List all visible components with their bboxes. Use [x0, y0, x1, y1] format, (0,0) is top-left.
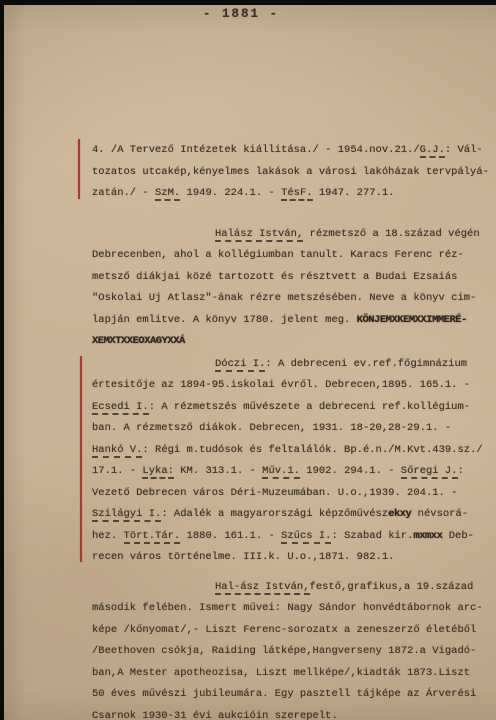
text-line: ban,A Mester apotheozisa, Liszt mellképe… — [92, 663, 494, 685]
underlined-text: Dóczi I. — [215, 358, 265, 372]
paragraph: 4. /A Tervező Intézetek kiállitása./ - 1… — [92, 140, 494, 205]
underlined-text: Hal-ász István, — [215, 581, 310, 595]
text-segment: 1947. 277.1. — [313, 187, 395, 199]
text-segment: 50 éves művészi jubileumára. Egy pasztel… — [92, 688, 476, 700]
scanned-document-page: - 1881 - 4. /A Tervező Intézetek kiállit… — [0, 0, 496, 720]
text-segment: "Oskolai Uj Atlasz"-ának rézre metszéséb… — [92, 292, 476, 304]
text-segment: Deb- — [442, 530, 474, 542]
underlined-text: G.J. — [420, 144, 445, 158]
text-line: Hal-ász István,festő,grafikus,a 19.száza… — [92, 577, 494, 599]
red-margin-mark-2 — [80, 356, 82, 562]
text-segment: : A rézmetszés művészete a debreceni ref… — [149, 401, 470, 413]
text-segment: : Adalék a magyarországi képzőművész — [161, 508, 388, 520]
text-line: lapján emlitve. A könyv 1780. jelent meg… — [92, 310, 494, 332]
typewritten-text-block: 4. /A Tervező Intézetek kiállitása./ - 1… — [92, 140, 494, 720]
underlined-text: Sőregi J. — [401, 465, 458, 479]
underlined-text: Lyka: — [142, 465, 174, 479]
text-line: metsző diákjai közé tartozott és résztve… — [92, 267, 494, 289]
text-line: XEMXTXXEOXAGYXXÁ — [92, 331, 494, 353]
underlined-text: Szilágyi I. — [92, 508, 161, 522]
text-line: tozatos utcakép,kényelmes lakások a váro… — [92, 162, 494, 184]
underlined-text: TésF. — [281, 187, 313, 201]
underlined-text: Hankó V. — [92, 444, 142, 458]
text-segment: 1902. 294.1. - — [300, 465, 401, 477]
text-segment: zatán./ - — [92, 187, 155, 199]
text-segment: 17.1. - — [92, 465, 142, 477]
text-segment: KM. 313.1. - — [174, 465, 262, 477]
struck-out-text: XEMXTXXEOXAGYXXÁ — [92, 335, 185, 347]
text-segment: lapján emlitve. A könyv 1780. jelent meg… — [92, 314, 357, 326]
text-line: képe /kőnyomat/,- Liszt Ferenc-sorozatx … — [92, 620, 494, 642]
text-segment: recen város történelme. III.k. U.o.,1871… — [92, 551, 394, 563]
text-line: zatán./ - SzM. 1949. 224.1. - TésF. 1947… — [92, 183, 494, 205]
underlined-text: SzM. — [155, 187, 180, 201]
text-line: értesitője az 1894-95.iskolai évről. Deb… — [92, 375, 494, 397]
text-line: "Oskolai Uj Atlasz"-ának rézre metszéséb… — [92, 288, 494, 310]
text-segment: metsző diákjai közé tartozott és résztve… — [92, 271, 457, 283]
text-line: 17.1. - Lyka: KM. 313.1. - Műv.1. 1902. … — [92, 461, 494, 483]
text-segment: tozatos utcakép,kényelmes lakások a váro… — [92, 166, 489, 178]
text-line: ban. A rézmetsző diákok. Debrecen, 1931.… — [92, 418, 494, 440]
text-line: Csarnok 1930-31 évi aukcióin szerepelt. — [92, 706, 494, 720]
underlined-text: Ecsedi I. — [92, 401, 149, 415]
underlined-text: Tört.Tár. — [124, 530, 181, 544]
underlined-text: Halász István, — [215, 228, 303, 242]
text-segment: 1880. 161.1. - — [180, 530, 281, 542]
text-segment: /Beethoven csókja, Raiding látképe,Hangv… — [92, 645, 476, 657]
paragraph: Halász István, rézmetsző a 18.század vég… — [92, 224, 494, 353]
text-segment: : — [458, 465, 464, 477]
text-line: Halász István, rézmetsző a 18.század vég… — [92, 224, 494, 246]
text-segment: festő,grafikus,a 19.század — [310, 581, 474, 593]
underlined-text: Szűcs I. — [281, 530, 331, 544]
text-segment: 4. /A Tervező Intézetek kiállitása./ - 1… — [92, 144, 420, 156]
text-segment: : A debreceni ev.ref.főgimnázium — [265, 358, 467, 370]
page-number: - 1881 - — [0, 7, 482, 21]
text-line: második felében. Ismert művei: Nagy Sánd… — [92, 598, 494, 620]
text-segment: : Régi m.tudósok és feltalálók. Bp.é.n./… — [142, 444, 482, 456]
text-line: Hankó V.: Régi m.tudósok és feltalálók. … — [92, 440, 494, 462]
struck-out-text: KÖNJEMXKEMXXIMMERÉ- — [357, 314, 467, 326]
text-segment: ban,A Mester apotheozisa, Liszt mellképe… — [92, 667, 470, 679]
text-line: /Beethoven csókja, Raiding látképe,Hangv… — [92, 641, 494, 663]
struck-out-text: mxmxx — [413, 530, 442, 542]
text-segment: értesitője az 1894-95.iskolai évről. Deb… — [92, 379, 470, 391]
struck-out-text: ekxy — [388, 508, 411, 520]
scan-edge-left — [0, 0, 4, 720]
text-segment: ban. A rézmetsző diákok. Debrecen, 1931.… — [92, 422, 451, 434]
text-segment: : Szabad kir. — [331, 530, 413, 542]
text-segment: Vezető Debrecen város Déri-Muzeumában. U… — [92, 487, 457, 499]
text-line: Debrecenben, ahol a kollégiumban tanult.… — [92, 245, 494, 267]
text-line: Vezető Debrecen város Déri-Muzeumában. U… — [92, 483, 494, 505]
scan-edge-top — [0, 0, 496, 5]
paragraph: Hal-ász István,festő,grafikus,a 19.száza… — [92, 577, 494, 720]
text-segment: : Vál- — [445, 144, 483, 156]
text-line: recen város történelme. III.k. U.o.,1871… — [92, 547, 494, 569]
underlined-text: Műv.1. — [262, 465, 300, 479]
paragraph: Dóczi I.: A debreceni ev.ref.főgimnázium… — [92, 354, 494, 569]
text-segment: hez. — [92, 530, 124, 542]
text-segment: második felében. Ismert művei: Nagy Sánd… — [92, 602, 483, 614]
text-line: Ecsedi I.: A rézmetszés művészete a debr… — [92, 397, 494, 419]
red-margin-mark-1 — [78, 139, 80, 199]
text-line: Dóczi I.: A debreceni ev.ref.főgimnázium — [92, 354, 494, 376]
text-segment: Csarnok 1930-31 évi aukcióin szerepelt. — [92, 710, 338, 720]
text-line: Szilágyi I.: Adalék a magyarországi képz… — [92, 504, 494, 526]
text-segment: 1949. 224.1. - — [180, 187, 281, 199]
text-segment: Debrecenben, ahol a kollégiumban tanult.… — [92, 249, 464, 261]
text-line: hez. Tört.Tár. 1880. 161.1. - Szűcs I.: … — [92, 526, 494, 548]
text-line: 4. /A Tervező Intézetek kiállitása./ - 1… — [92, 140, 494, 162]
text-line: 50 éves művészi jubileumára. Egy pasztel… — [92, 684, 494, 706]
text-segment: névsorá- — [411, 508, 468, 520]
text-segment: képe /kőnyomat/,- Liszt Ferenc-sorozatx … — [92, 624, 476, 636]
text-segment: rézmetsző a 18.század végén — [303, 228, 479, 240]
